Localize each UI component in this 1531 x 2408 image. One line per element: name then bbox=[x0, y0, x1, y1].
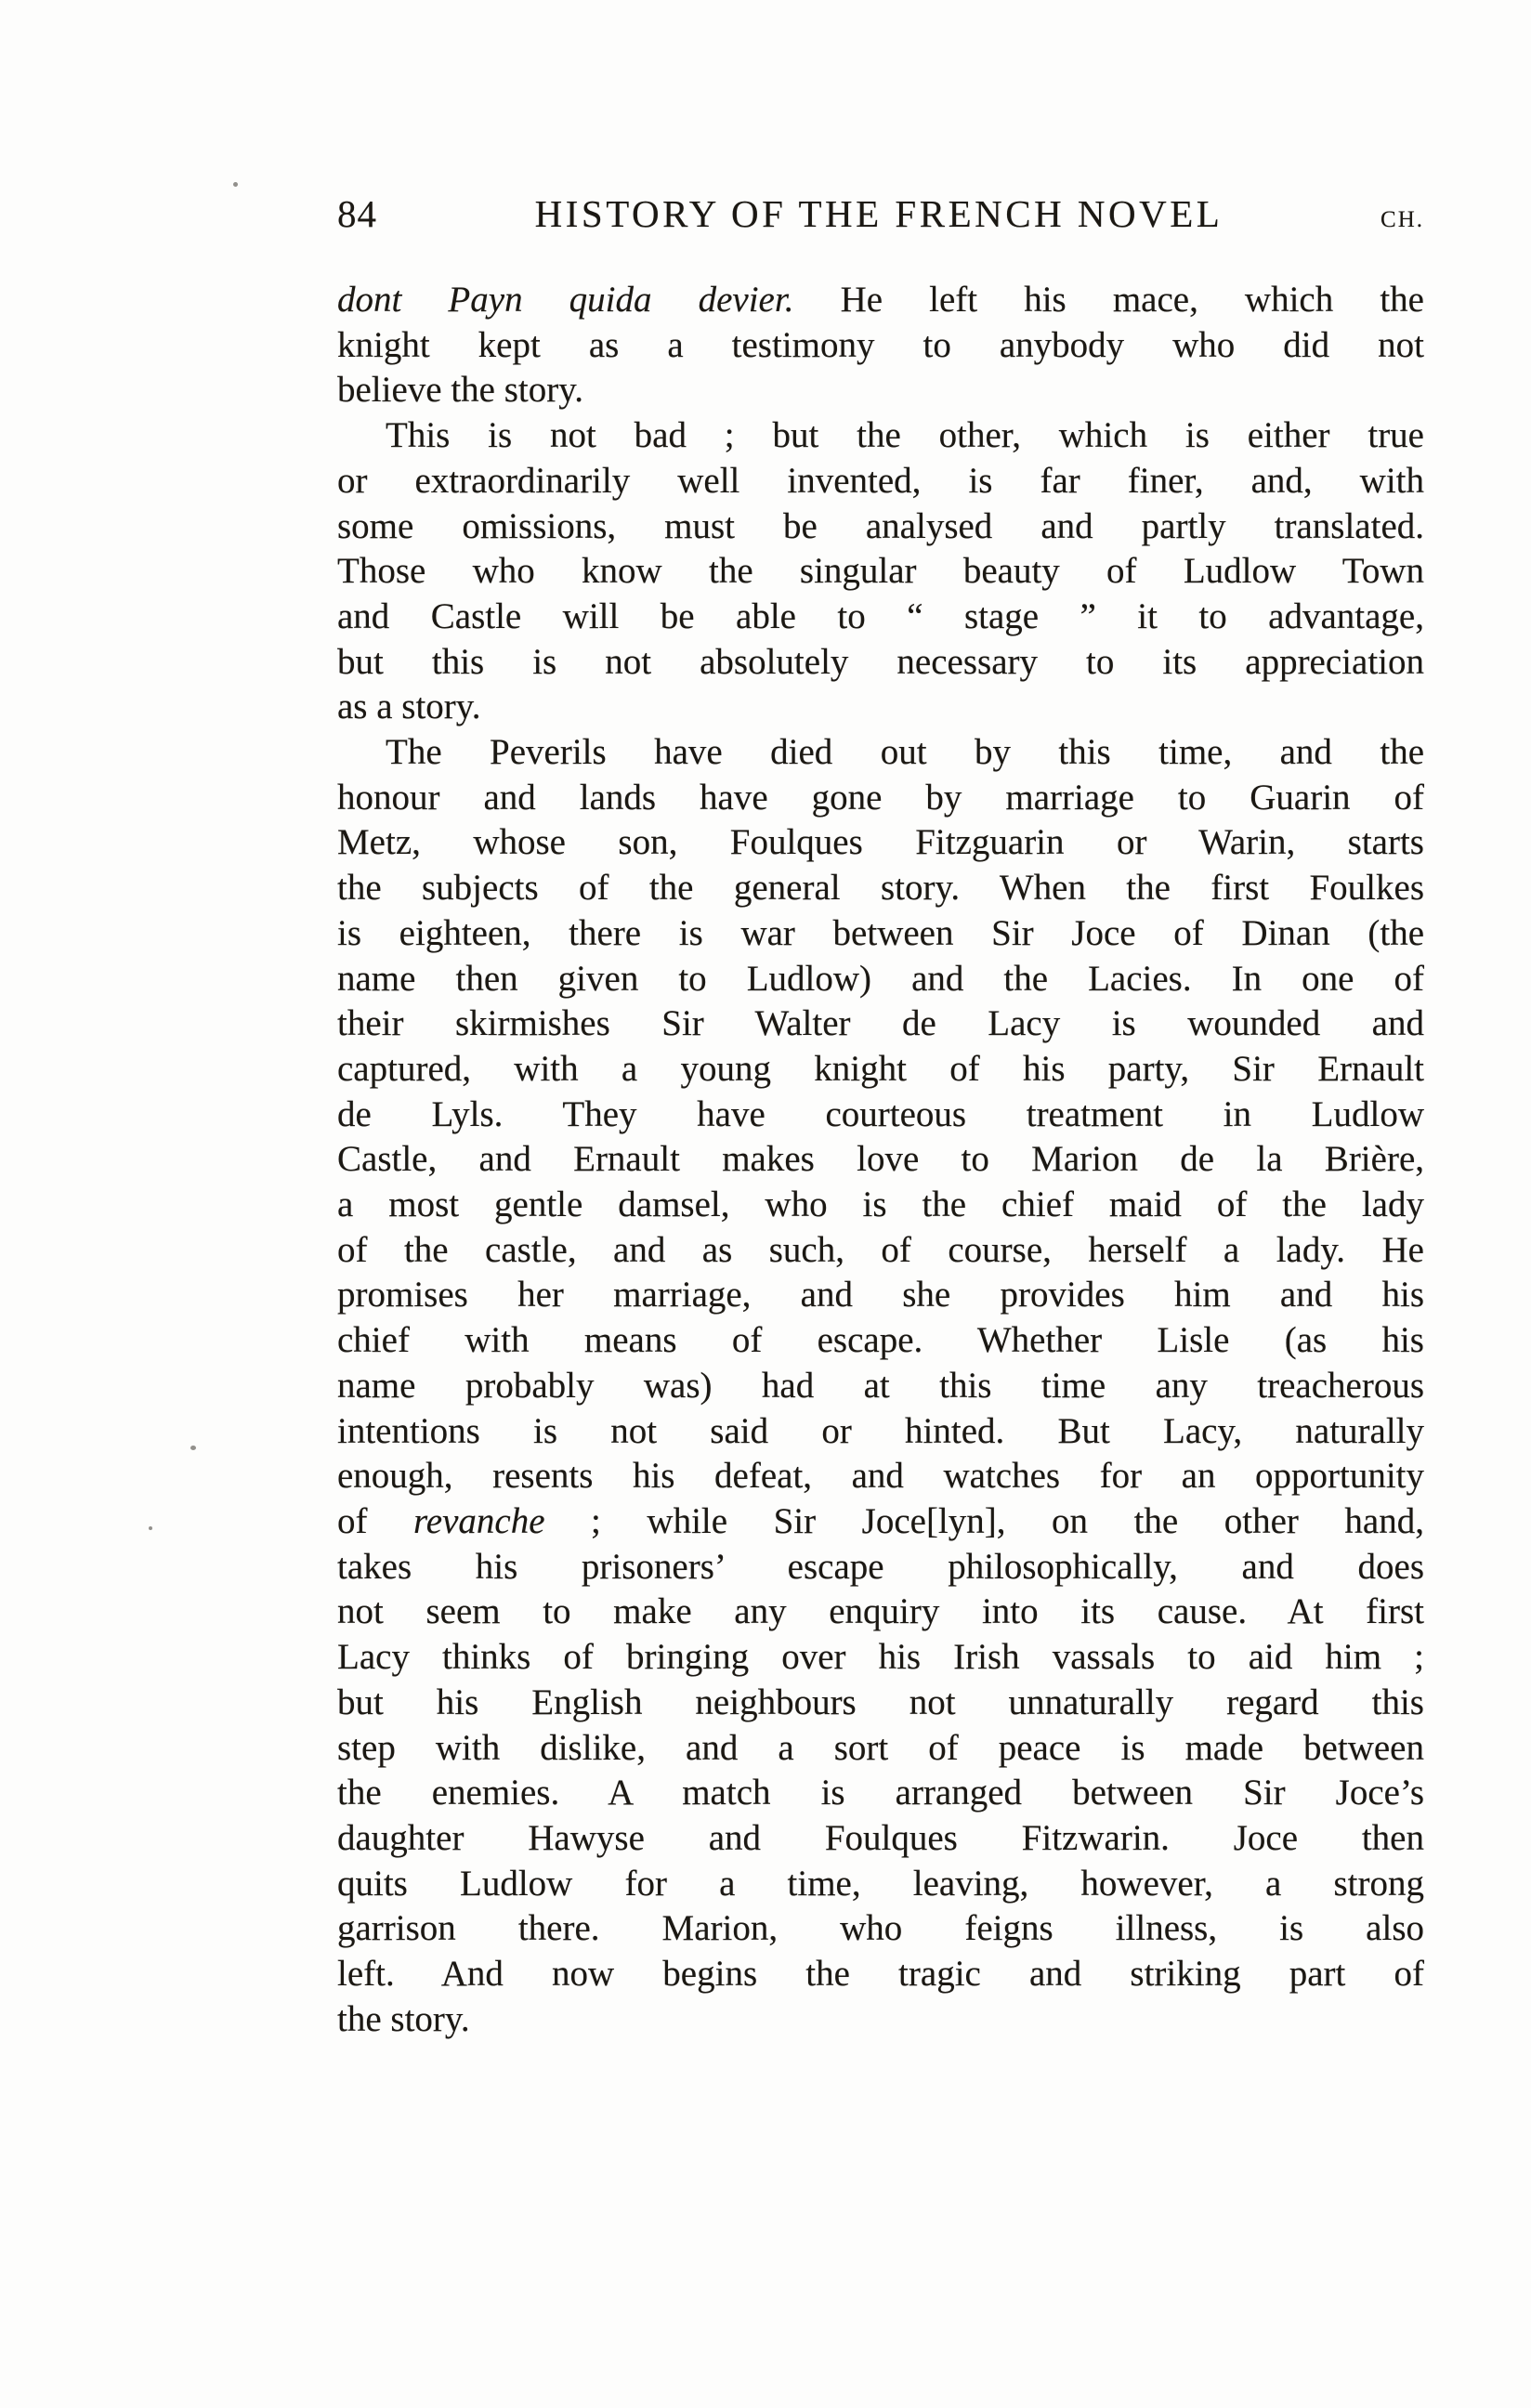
text-line: step with dislike, and a sort of peace i… bbox=[337, 1726, 1424, 1772]
text-line: chief with means of escape. Whether Lisl… bbox=[337, 1318, 1424, 1364]
text-line: name then given to Ludlow) and the Lacie… bbox=[337, 957, 1424, 1002]
text-line: their skirmishes Sir Walter de Lacy is w… bbox=[337, 1001, 1424, 1047]
text-line: quits Ludlow for a time, leaving, howeve… bbox=[337, 1862, 1424, 1907]
text-line: Metz, whose son, Foulques Fitzguarin or … bbox=[337, 820, 1424, 866]
text-line: or extraordinarily well invented, is far… bbox=[337, 459, 1424, 504]
text-line: knight kept as a testimony to anybody wh… bbox=[337, 323, 1424, 369]
text-line: believe the story. bbox=[337, 368, 1424, 413]
page-number: 84 bbox=[337, 191, 377, 236]
text-line: Those who know the singular beauty of Lu… bbox=[337, 549, 1424, 595]
text-line: is eighteen, there is war between Sir Jo… bbox=[337, 911, 1424, 957]
text-line: of revanche ; while Sir Joce[lyn], on th… bbox=[337, 1499, 1424, 1545]
text-line: of the castle, and as such, of course, h… bbox=[337, 1228, 1424, 1274]
text-line: takes his prisoners’ escape philosophica… bbox=[337, 1545, 1424, 1590]
text-line: as a story. bbox=[337, 685, 1424, 730]
text-line: but his English neighbours not unnatural… bbox=[337, 1681, 1424, 1726]
text-line: some omissions, must be analysed and par… bbox=[337, 504, 1424, 550]
chapter-abbreviation: CH. bbox=[1381, 207, 1424, 233]
text-line: the enemies. A match is arranged between… bbox=[337, 1771, 1424, 1816]
text-line: but this is not absolutely necessary to … bbox=[337, 640, 1424, 686]
scan-speck bbox=[233, 182, 238, 187]
text-line: honour and lands have gone by marriage t… bbox=[337, 776, 1424, 821]
page-text: dont Payn quida devier. He left his mace… bbox=[337, 278, 1424, 2042]
text-line: name probably was) had at this time any … bbox=[337, 1364, 1424, 1409]
text-line: This is not bad ; but the other, which i… bbox=[337, 413, 1424, 459]
text-line: daughter Hawyse and Foulques Fitzwarin. … bbox=[337, 1816, 1424, 1862]
running-header: 84 HISTORY OF THE FRENCH NOVEL CH. bbox=[337, 191, 1424, 236]
text-line: left. And now begins the tragic and stri… bbox=[337, 1952, 1424, 1997]
text-line: garrison there. Marion, who feigns illne… bbox=[337, 1906, 1424, 1952]
scan-speck bbox=[190, 1446, 196, 1450]
text-line: The Peverils have died out by this time,… bbox=[337, 730, 1424, 776]
text-line: the subjects of the general story. When … bbox=[337, 866, 1424, 911]
text-line: captured, with a young knight of his par… bbox=[337, 1047, 1424, 1093]
running-title: HISTORY OF THE FRENCH NOVEL bbox=[377, 191, 1381, 236]
book-page: 84 HISTORY OF THE FRENCH NOVEL CH. dont … bbox=[0, 0, 1531, 2408]
text-line: promises her marriage, and she provides … bbox=[337, 1273, 1424, 1318]
text-line: not seem to make any enquiry into its ca… bbox=[337, 1590, 1424, 1635]
scan-speck bbox=[149, 1526, 152, 1530]
text-line: a most gentle damsel, who is the chief m… bbox=[337, 1183, 1424, 1228]
text-line: Lacy thinks of bringing over his Irish v… bbox=[337, 1635, 1424, 1681]
text-line: de Lyls. They have courteous treatment i… bbox=[337, 1093, 1424, 1138]
text-line: and Castle will be able to “ stage ” it … bbox=[337, 595, 1424, 640]
text-line: intentions is not said or hinted. But La… bbox=[337, 1409, 1424, 1455]
text-line: the story. bbox=[337, 1997, 1424, 2043]
text-line: enough, resents his defeat, and watches … bbox=[337, 1454, 1424, 1499]
text-line: dont Payn quida devier. He left his mace… bbox=[337, 278, 1424, 323]
text-line: Castle, and Ernault makes love to Marion… bbox=[337, 1137, 1424, 1183]
